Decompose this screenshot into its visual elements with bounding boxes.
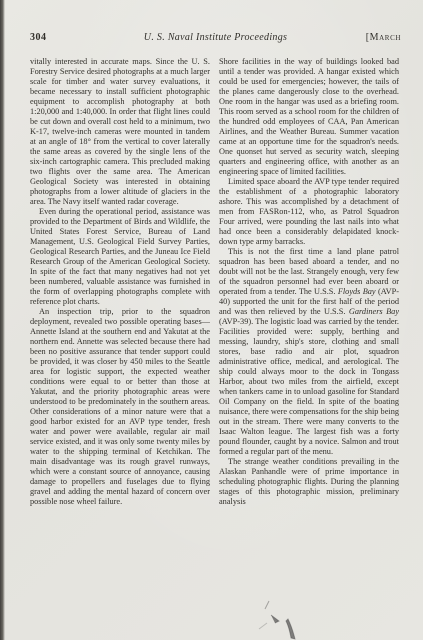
text-run: (AVP-39). The logistic load was carried …	[219, 317, 399, 456]
right-column: Shore facilities in the way of buildings…	[219, 57, 399, 602]
journal-title: U. S. Naval Institute Proceedings	[30, 32, 401, 43]
text-run: The strange weather conditions prevailin…	[219, 457, 399, 506]
page-header: 304 U. S. Naval Institute Proceedings [M…	[30, 32, 401, 46]
ship-name: Floyds Bay	[338, 287, 376, 296]
text-run: Even during the operational period, assi…	[30, 207, 210, 306]
left-column: vitally interested in accurate maps. Sin…	[30, 57, 210, 602]
paragraph: Even during the operational period, assi…	[30, 207, 210, 307]
paragraph: This is not the first time a land plane …	[219, 247, 399, 457]
paragraph: An inspection trip, prior to the squadro…	[30, 307, 210, 507]
text-run: Limited space aboard the AVP type tender…	[219, 177, 399, 246]
text-run: Shore facilities in the way of buildings…	[219, 57, 399, 176]
paragraph: Limited space aboard the AVP type tender…	[219, 177, 399, 247]
paragraph: vitally interested in accurate maps. Sin…	[30, 57, 210, 207]
paragraph: Shore facilities in the way of buildings…	[219, 57, 399, 177]
page-spine-shadow	[0, 0, 5, 640]
paragraph: The strange weather conditions prevailin…	[219, 457, 399, 507]
text-run: An inspection trip, prior to the squadro…	[30, 307, 210, 506]
ship-name: Gardiners Bay	[349, 307, 399, 316]
scanned-journal-page: 304 U. S. Naval Institute Proceedings [M…	[0, 0, 423, 640]
text-run: vitally interested in accurate maps. Sin…	[30, 57, 210, 206]
body-text: vitally interested in accurate maps. Sin…	[30, 57, 400, 602]
